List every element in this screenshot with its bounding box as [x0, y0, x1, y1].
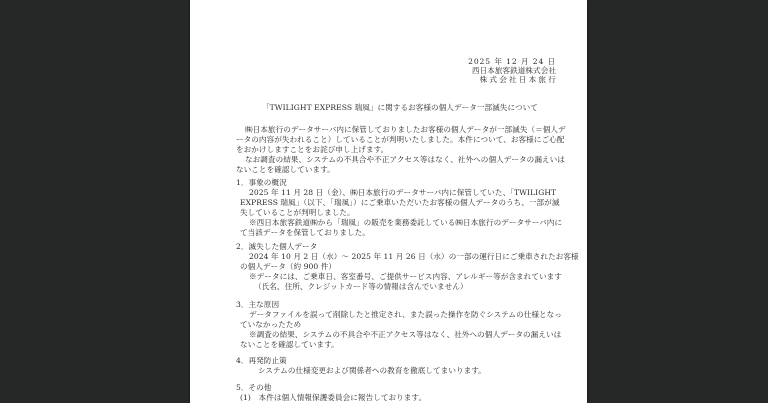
section-heading-lost-data: 2．滅失した個人データ [236, 242, 317, 251]
document-date: 2025 年 12 月 24 日 [468, 57, 556, 66]
section-heading-cause: 3．主な原因 [236, 300, 279, 309]
section-line: ※調査の結果、システムの不具合や不正アクセス等はなく、社外への個人データの漏えい… [249, 330, 561, 339]
section-line: (1) 本件は個人情報保護委員会に報告しております。 [240, 393, 426, 402]
company-name-jr-west: 西日本旅客鉄道株式会社 [472, 66, 556, 75]
section-line: ※西日本旅客鉄道㈱から「瑞風」の販売を業務委託している㈱日本旅行のデータサーバ内… [249, 218, 562, 227]
section-line: データファイルを誤って削除したと推定され、また誤った操作を防ぐシステムの仕様とな… [249, 310, 562, 319]
section-line: 失していることが判明しました。 [240, 208, 355, 217]
section-line: ていなかったため [240, 320, 301, 329]
document-page: 2025 年 12 月 24 日 西日本旅客鉄道株式会社 株式会社日本旅行 「T… [190, 0, 587, 403]
intro-line: なお調査の結果、システムの不具合や不正アクセス等はなく、社外への個人データの漏え… [245, 155, 565, 164]
section-line: ※データには、ご乗車日、客室番号、ご提供サービス内容、アレルギー等が含まれていま… [249, 272, 562, 281]
document-title: 「TWILIGHT EXPRESS 瑞風」に関するお客様の個人データ一部滅失につ… [262, 103, 538, 112]
intro-line: ㈱日本旅行のデータサーバ内に保管しておりましたお客様の個人データが一部滅失（＝個… [245, 125, 566, 134]
section-line: の個人データ（約 900 件） [240, 262, 336, 271]
intro-line: をおかけしますことをお詫び申し上げます。 [236, 145, 388, 154]
section-line: ないことを確認しています。 [240, 340, 339, 349]
section-line: 2025 年 11 月 28 日（金）、㈱日本旅行のデータサーバ内に保管していた… [249, 188, 556, 197]
section-line: （氏名、住所、クレジットカード等の情報は含んでいません） [254, 282, 468, 291]
section-line: 2024 年 10 月 2 日（水）～ 2025 年 11 月 26 日（水）の… [249, 252, 579, 261]
section-line: EXPRESS 瑞風」（以下、「瑞風」）にご乗車いただいたお客様の個人データのう… [240, 198, 559, 207]
section-heading-prevention: 4．再発防止策 [236, 356, 287, 365]
section-line: て当該データを保管しておりました。 [240, 228, 370, 237]
intro-line: ータの内容が失われること）していることが判明いたしました。本件について、お客様に… [236, 135, 564, 144]
section-line: システムの仕様変更および関係者への教育を徹底してまいります。 [258, 366, 486, 375]
section-heading-other: 5．その他 [236, 383, 271, 392]
section-heading-overview: 1．事象の概況 [236, 178, 287, 187]
company-name-nippon-travel: 株式会社日本旅行 [480, 75, 558, 84]
intro-line: ないことを確認しています。 [236, 165, 335, 174]
